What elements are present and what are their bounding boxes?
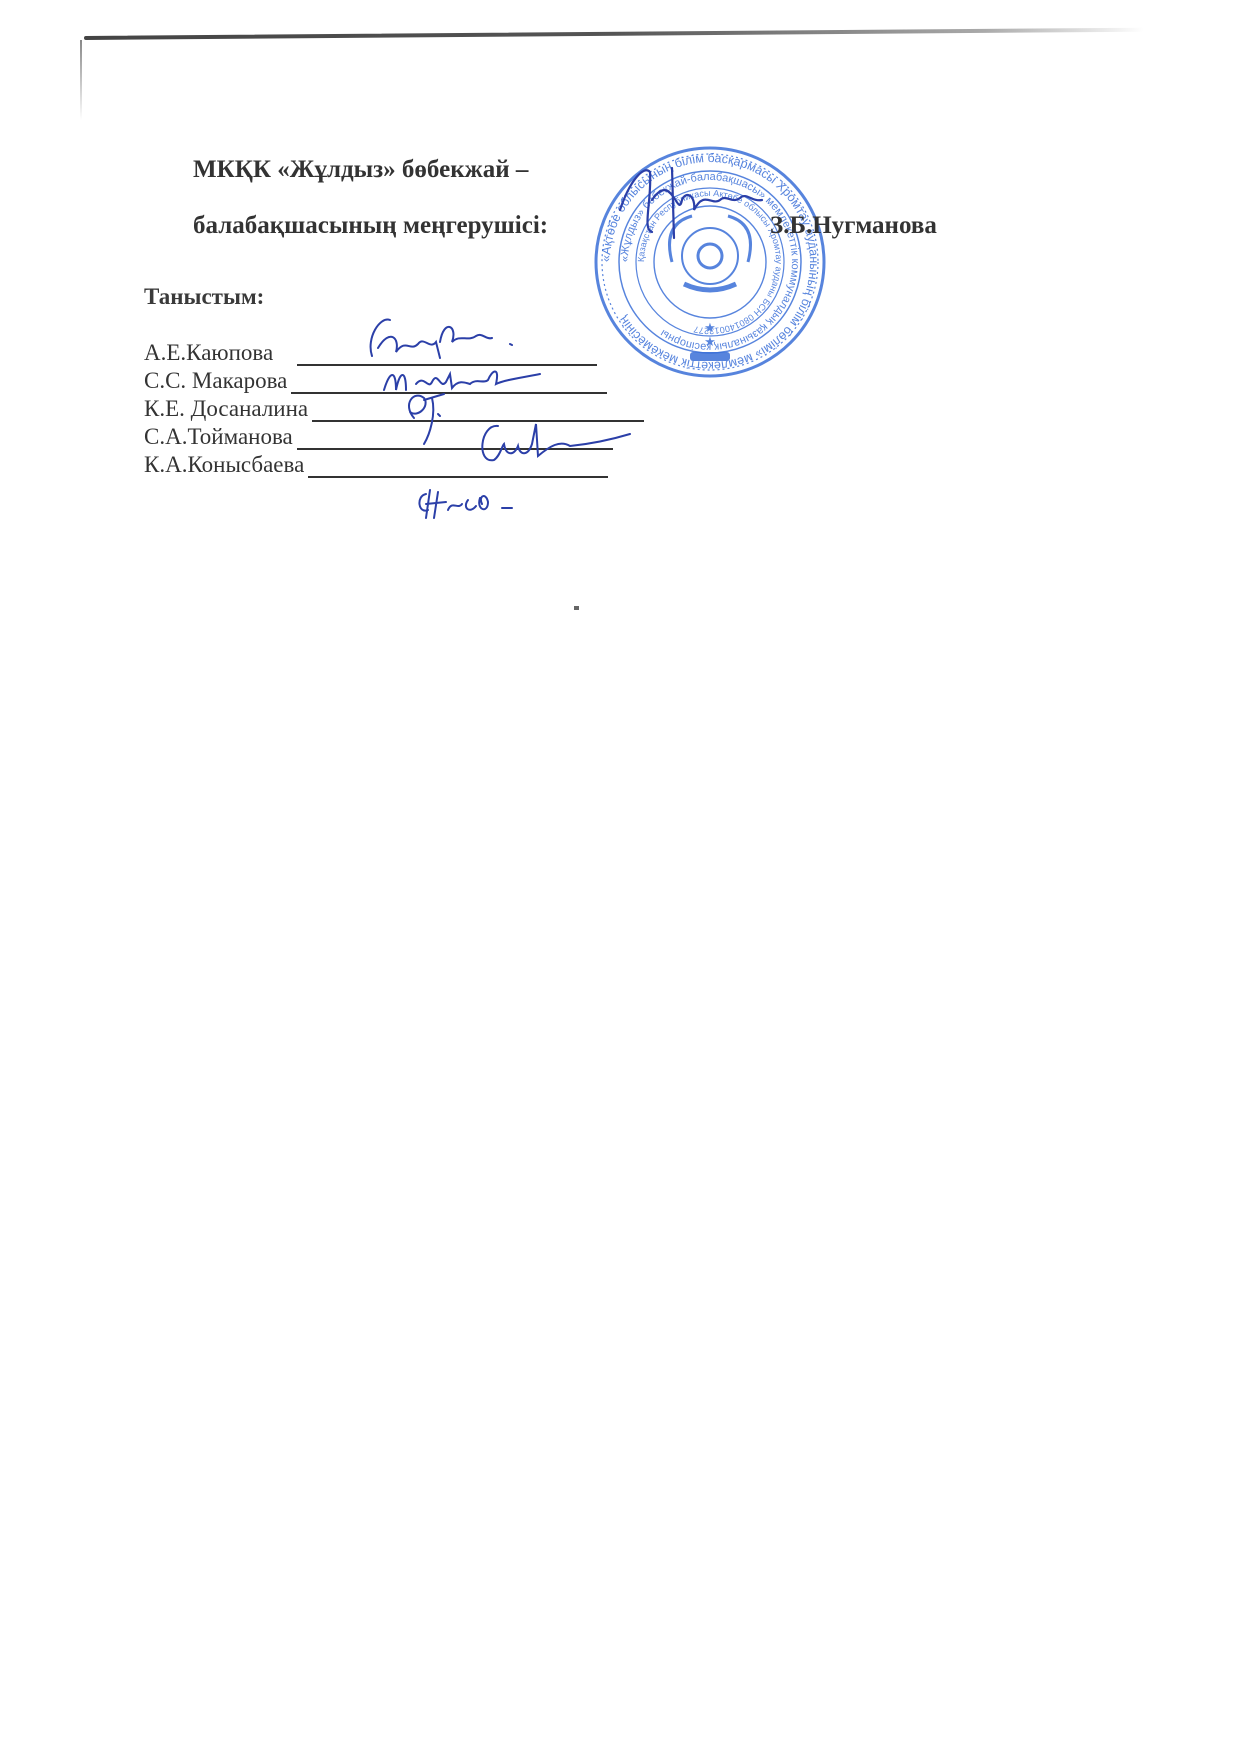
signatory-row: С.С. Макарова <box>144 368 607 394</box>
signatory-name: С.А.Тойманова <box>144 424 293 450</box>
svg-text:★: ★ <box>704 334 716 349</box>
signatory-name: К.А.Конысбаева <box>144 452 304 478</box>
signatory-row: А.Е.Каюпова <box>144 340 597 366</box>
director-name: З.Б.Нугманова <box>770 212 937 240</box>
signature-line <box>291 372 607 394</box>
signatory-name: А.Е.Каюпова <box>144 340 273 366</box>
organization-line-1: МКҚК «Жұлдыз» бөбекжай – <box>193 156 528 184</box>
official-stamp-icon: «Ақтөбе облысының білім басқармасы Хромт… <box>592 144 828 380</box>
scan-page-edge-left <box>80 40 82 120</box>
organization-line-2: балабақшасының меңгерушісі: <box>193 212 548 240</box>
signatory-row: С.А.Тойманова <box>144 424 613 450</box>
signature-line <box>297 344 597 366</box>
signatory-row: К.А.Конысбаева <box>144 452 608 478</box>
svg-text:★: ★ <box>704 320 716 335</box>
scan-page-edge <box>84 28 1144 40</box>
svg-text:Қазақстан Республикасы Ақтөбе: Қазақстан Республикасы Ақтөбе облысы Хро… <box>636 188 784 336</box>
signature-line <box>308 456 608 478</box>
signatory-name: К.Е. Досаналина <box>144 396 308 422</box>
signature-line <box>312 400 644 422</box>
scan-artifact <box>574 606 579 610</box>
acquainted-label: Таныстым: <box>144 284 264 310</box>
signature-line <box>297 428 613 450</box>
signatory-name: С.С. Макарова <box>144 368 287 394</box>
signature-konysbayeva-icon <box>412 484 572 524</box>
signatory-row: К.Е. Досаналина <box>144 396 644 422</box>
